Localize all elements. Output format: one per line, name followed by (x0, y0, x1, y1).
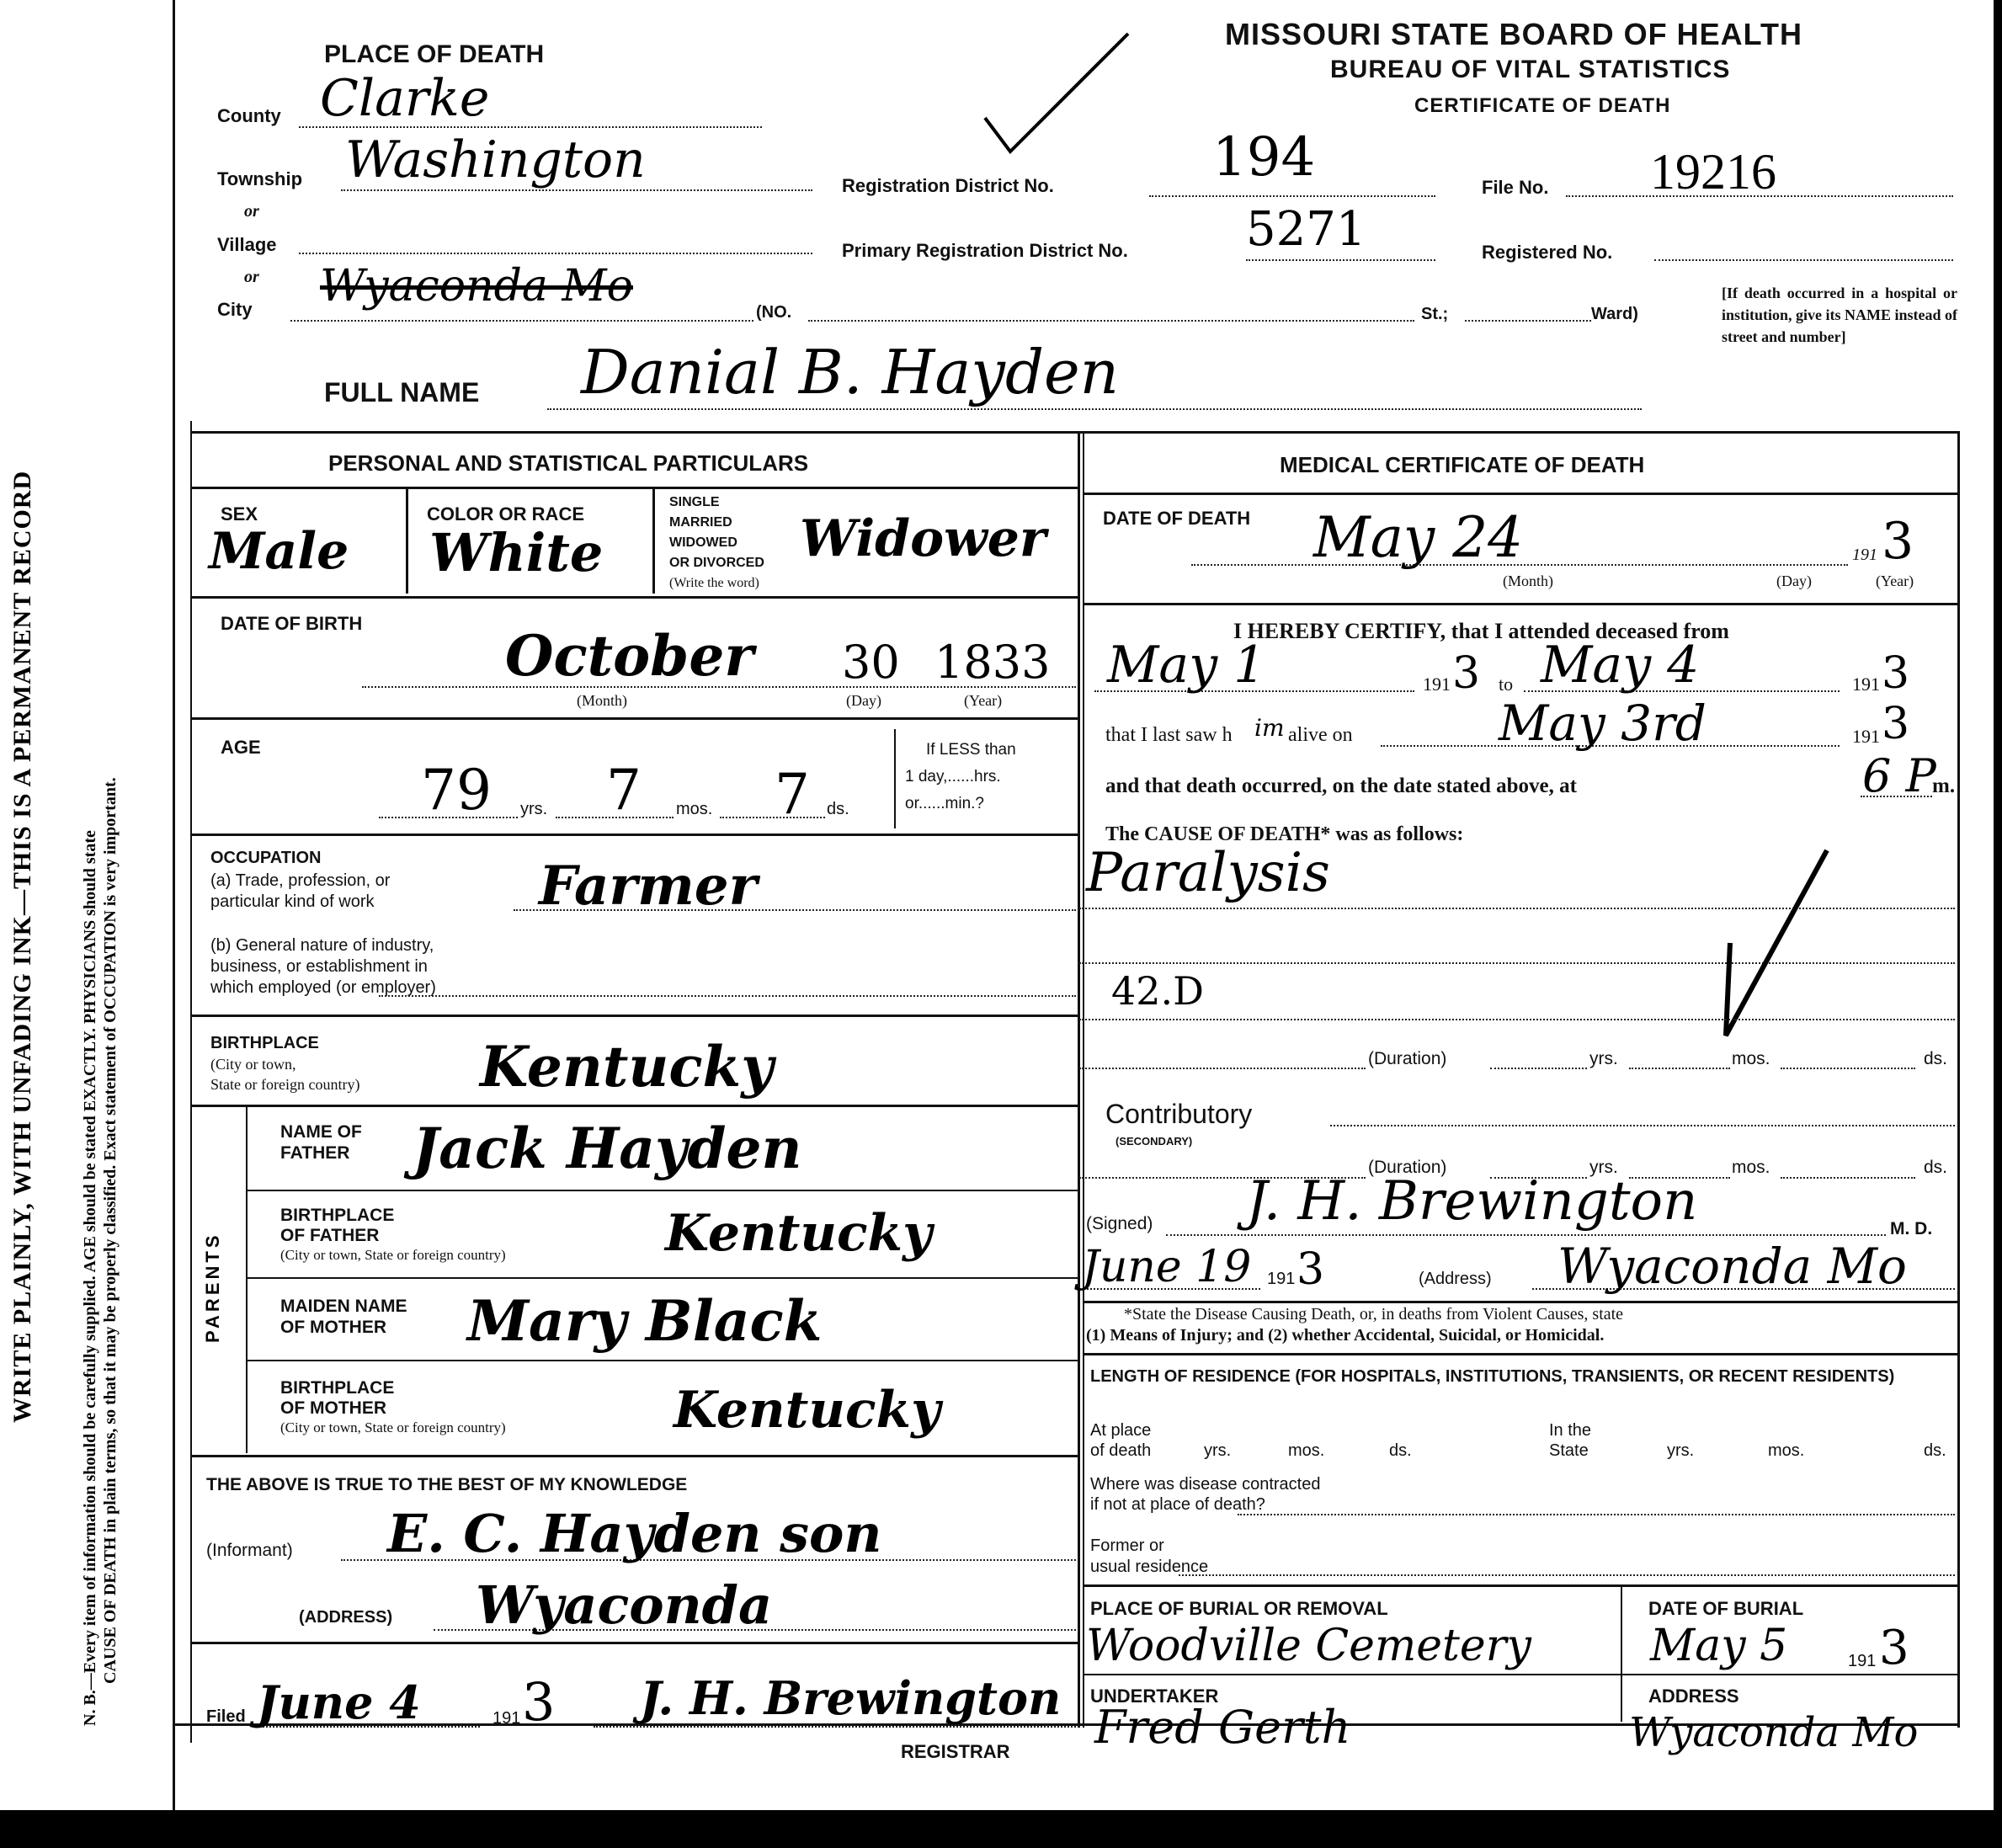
age-mos-unit: mos. (676, 800, 712, 819)
check-mark-icon (977, 25, 1145, 160)
village-label: Village (217, 234, 277, 256)
burial-rule (1084, 1674, 1957, 1675)
dod-day-caption: (Day) (1776, 573, 1812, 590)
m-suffix: m. (1932, 775, 1955, 798)
race-divider (652, 488, 655, 594)
row-rule-10 (190, 1642, 1078, 1644)
duration-1-yrs-line (1490, 1068, 1587, 1069)
dod-year-field[interactable]: 3 (1882, 512, 1914, 571)
filed-year-prefix: 191 (493, 1709, 520, 1728)
occupation-b-line (379, 995, 1076, 997)
footnote-line2: (1) Means of Injury; and (2) whether Acc… (1086, 1326, 1604, 1345)
attended-from-year-prefix: 191 (1423, 674, 1451, 695)
dod-rule (1084, 603, 1957, 605)
burial-year-field[interactable]: 3 (1879, 1621, 1909, 1675)
signed-address-label: (Address) (1419, 1270, 1492, 1289)
former-residence-line (1179, 1574, 1955, 1576)
form-left-border (173, 0, 175, 1810)
permanent-record-notice: WRITE PLAINLY, WITH UNFADING INK—THIS IS… (8, 471, 37, 1423)
registered-no-label: Registered No. (1482, 242, 1612, 264)
birthplace-field[interactable]: Kentucky (480, 1034, 774, 1100)
registrar-label: REGISTRAR (901, 1741, 1010, 1763)
dob-month-field[interactable]: October (505, 623, 753, 689)
duration-1-ds: ds. (1924, 1049, 1947, 1069)
cause-field[interactable]: Paralysis (1086, 842, 1330, 904)
at-place-label-1: At place (1090, 1421, 1151, 1441)
age-less-divider (894, 729, 896, 828)
last-saw-date-field[interactable]: May 3rd (1499, 695, 1706, 752)
nb-instructions-line1: N. B.—Every item of information should b… (81, 830, 100, 1726)
center-divider (1078, 431, 1080, 1728)
birthplace-label-3: State or foreign country) (210, 1076, 359, 1094)
medical-heading-rule (1084, 493, 1957, 495)
marital-married-label: MARRIED (669, 515, 732, 530)
cause-line-3 (1079, 1019, 1955, 1020)
less-than-line3: or......min.? (905, 795, 984, 813)
primary-district-field[interactable]: 5271 (1246, 202, 1366, 257)
filed-year-field[interactable]: 3 (522, 1671, 555, 1733)
duration-2-mos: mos. (1732, 1158, 1770, 1178)
in-state-mos: mos. (1768, 1441, 1804, 1461)
attended-from-field[interactable]: May 1 (1107, 636, 1265, 695)
signed-date-field[interactable]: June 19 (1082, 1242, 1251, 1292)
form-left-border-inner (190, 421, 192, 1743)
sex-field[interactable]: Male (209, 522, 349, 581)
street-line (808, 320, 1414, 322)
age-years-field[interactable]: 79 (421, 758, 492, 823)
city-label: City (217, 299, 253, 321)
burial-date-field[interactable]: May 5 (1650, 1621, 1787, 1671)
dod-field[interactable]: May 24 (1313, 505, 1523, 570)
dod-year-caption: (Year) (1876, 573, 1914, 590)
row-rule-3 (190, 833, 1078, 836)
informant-address-label: (ADDRESS) (299, 1608, 392, 1627)
footnote-line1: *State the Disease Causing Death, or, in… (1124, 1305, 1623, 1324)
occupation-a-field[interactable]: Farmer (539, 855, 757, 918)
filed-date-field[interactable]: June 4 (257, 1675, 421, 1729)
or-label-1: or (244, 202, 259, 221)
burial-divider (1621, 1587, 1622, 1722)
personal-heading-rule (190, 487, 1078, 489)
scan-border-right (1994, 0, 2002, 1848)
occupation-a-label-2: particular kind of work (210, 892, 375, 912)
occupation-b-label-1: (b) General nature of industry, (210, 936, 434, 956)
in-state-label-1: In the (1549, 1421, 1591, 1441)
father-birthplace-label-1: BIRTHPLACE (280, 1206, 394, 1226)
row-rule-7 (248, 1277, 1078, 1279)
file-no-field[interactable]: 19216 (1650, 143, 1776, 201)
footnote-rule (1084, 1353, 1957, 1355)
scan-border-bottom (0, 1810, 2002, 1848)
cause-code-field[interactable]: 42.D (1111, 968, 1204, 1014)
at-place-yrs: yrs. (1204, 1441, 1231, 1461)
undertaker-field[interactable]: Fred Gerth (1094, 1701, 1350, 1754)
sex-divider (406, 488, 408, 594)
age-ds-unit: ds. (827, 800, 849, 819)
registration-district-field[interactable]: 194 (1212, 126, 1315, 189)
race-field[interactable]: White (429, 522, 603, 583)
in-state-ds: ds. (1924, 1441, 1946, 1461)
dob-month-caption: (Month) (577, 692, 627, 710)
dod-label: DATE OF DEATH (1103, 508, 1250, 530)
age-months-field[interactable]: 7 (606, 758, 642, 823)
row-rule-4 (190, 1015, 1078, 1017)
age-days-field[interactable]: 7 (775, 762, 810, 827)
registrar-sign-line (594, 1726, 1076, 1728)
secondary-label: (SECONDARY) (1115, 1135, 1192, 1148)
signed-rule (1084, 1301, 1957, 1303)
mother-birthplace-field[interactable]: Kentucky (674, 1381, 940, 1440)
residence-rule (1084, 1584, 1957, 1587)
birthplace-label-2: (City or town, (210, 1056, 296, 1073)
signed-year[interactable]: 3 (1297, 1244, 1324, 1295)
at-place-label-2: of death (1090, 1441, 1151, 1461)
former-residence-label-1: Former or (1090, 1536, 1164, 1556)
place-of-death-heading: PLACE OF DEATH (324, 40, 544, 69)
father-name-field[interactable]: Jack Hayden (413, 1116, 801, 1181)
primary-district-label: Primary Registration District No. (842, 240, 1128, 262)
bureau-title: BUREAU OF VITAL STATISTICS (1330, 56, 1730, 84)
street-no-label: (NO. (756, 303, 791, 322)
dob-day-caption: (Day) (846, 692, 881, 710)
mother-birthplace-label-1: BIRTHPLACE (280, 1378, 394, 1398)
township-field[interactable]: Washington (345, 130, 646, 189)
or-label-2: or (244, 268, 259, 287)
father-birthplace-label-3: (City or town, State or foreign country) (280, 1247, 506, 1264)
registration-district-line (1149, 195, 1435, 197)
signed-signature[interactable]: J. H. Brewington (1246, 1170, 1697, 1233)
personal-heading: PERSONAL AND STATISTICAL PARTICULARS (328, 450, 808, 477)
duration-1-yrs: yrs. (1589, 1049, 1618, 1069)
md-label: M. D. (1890, 1219, 1932, 1239)
informant-label: (Informant) (206, 1541, 293, 1561)
alive-on-label: alive on (1288, 724, 1353, 747)
contracted-label-2: if not at place of death? (1090, 1495, 1265, 1515)
undertaker-address-field[interactable]: Wyaconda Mo (1629, 1709, 1918, 1756)
in-state-label-2: State (1549, 1441, 1589, 1461)
duration-1-label: (Duration) (1368, 1049, 1446, 1069)
cause-check-mark-icon (1717, 842, 1835, 1044)
county-field[interactable]: Clarke (320, 69, 489, 128)
certificate-title: CERTIFICATE OF DEATH (1414, 94, 1670, 118)
dod-year-prefix: 191 (1852, 546, 1877, 565)
age-yrs-unit: yrs. (520, 800, 547, 819)
board-title: MISSOURI STATE BOARD OF HEALTH (1225, 17, 1802, 52)
attended-from-year[interactable]: 3 (1452, 648, 1480, 699)
in-state-yrs: yrs. (1667, 1441, 1694, 1461)
duration-2-ds-line (1781, 1177, 1915, 1179)
at-place-mos: mos. (1288, 1441, 1324, 1461)
duration-1-ds-line (1781, 1068, 1915, 1069)
signed-year-prefix: 191 (1267, 1270, 1295, 1289)
contributory-label: Contributory (1105, 1099, 1252, 1130)
attended-to-year-prefix: 191 (1852, 674, 1880, 695)
signed-line (1166, 1234, 1886, 1236)
parents-divider (246, 1106, 248, 1453)
parents-side-label: PARENTS (202, 1233, 224, 1344)
burial-year-prefix: 191 (1848, 1652, 1876, 1671)
registrar-signature[interactable]: J. H. Brewington (640, 1671, 1061, 1725)
township-label: Township (217, 168, 302, 190)
burial-place-label: PLACE OF BURIAL OR REMOVAL (1090, 1598, 1388, 1620)
duration-2-ds: ds. (1924, 1158, 1947, 1178)
burial-date-label: DATE OF BURIAL (1648, 1598, 1803, 1620)
filed-label: Filed (206, 1707, 246, 1727)
registered-no-line (1654, 259, 1953, 261)
residence-heading: LENGTH OF RESIDENCE (FOR HOSPITALS, INST… (1090, 1366, 1957, 1387)
dob-year-caption: (Year) (964, 692, 1002, 710)
birthplace-label-1: BIRTHPLACE (210, 1034, 319, 1053)
attended-to-year[interactable]: 3 (1882, 648, 1909, 699)
county-label: County (217, 105, 281, 127)
to-label: to (1499, 674, 1513, 695)
row-rule-9 (190, 1455, 1078, 1457)
file-no-label: File No. (1482, 177, 1548, 199)
last-saw-year-prefix: 191 (1852, 726, 1880, 748)
duration-1-mos-line (1629, 1068, 1730, 1069)
street-st-label: St.; (1421, 305, 1448, 324)
marital-single-label: SINGLE (669, 495, 720, 510)
dod-month-caption: (Month) (1503, 573, 1553, 590)
contributory-line (1330, 1125, 1955, 1126)
informant-field[interactable]: E. C. Hayden son (387, 1503, 881, 1564)
marital-divorced-label: OR DIVORCED (669, 556, 764, 571)
ward-line (1465, 320, 1591, 322)
last-saw-year[interactable]: 3 (1882, 699, 1909, 749)
father-name-label-1: NAME OF (280, 1122, 362, 1142)
signed-address-field[interactable]: Wyaconda Mo (1557, 1238, 1907, 1295)
occupation-heading: OCCUPATION (210, 849, 321, 868)
full-name-line (547, 408, 1642, 410)
full-name-label: FULL NAME (324, 377, 479, 408)
father-birthplace-field[interactable]: Kentucky (665, 1204, 932, 1263)
center-divider-2 (1083, 431, 1084, 1728)
contracted-line (1238, 1514, 1955, 1515)
father-birthplace-label-2: OF FATHER (280, 1226, 379, 1246)
row-rule-6 (248, 1190, 1078, 1191)
burial-place-field[interactable]: Woodville Cemetery (1086, 1621, 1531, 1671)
marital-status-field[interactable]: Widower (800, 509, 1046, 568)
top-rule (190, 431, 1958, 434)
primary-district-line (1246, 259, 1435, 261)
time-field[interactable]: 6 P (1862, 749, 1936, 802)
village-line (299, 253, 812, 254)
last-saw-pronoun[interactable]: im (1254, 714, 1285, 742)
row-rule-2 (190, 717, 1078, 720)
hospital-note: [If death occurred in a hospital or inst… (1722, 282, 1957, 348)
nb-instructions-line2: CAUSE OF DEATH in plain terms, so that i… (101, 777, 120, 1684)
marital-hint: (Write the word) (669, 576, 759, 591)
attended-to-field[interactable]: May 4 (1541, 636, 1699, 695)
dob-year-field[interactable]: 1833 (934, 636, 1050, 689)
city-line (290, 320, 753, 322)
row-rule-5 (190, 1105, 1078, 1107)
registration-district-label: Registration District No. (842, 175, 1054, 197)
true-statement: THE ABOVE IS TRUE TO THE BEST OF MY KNOW… (206, 1475, 687, 1495)
occupation-a-label-1: (a) Trade, profession, or (210, 871, 390, 891)
mother-name-label-1: MAIDEN NAME (280, 1297, 407, 1317)
mother-name-field[interactable]: Mary Black (467, 1288, 822, 1354)
duration-1-lead (1079, 1068, 1366, 1069)
at-place-ds: ds. (1389, 1441, 1412, 1461)
row-rule-1 (190, 596, 1078, 599)
marital-widowed-label: WIDOWED (669, 535, 737, 551)
full-name-field[interactable]: Danial B. Hayden (581, 337, 1119, 407)
mother-birthplace-label-2: OF MOTHER (280, 1398, 386, 1419)
duration-1-mos: mos. (1732, 1049, 1770, 1069)
undertaker-address-label: ADDRESS (1648, 1686, 1739, 1707)
less-than-line1: If LESS than (926, 741, 1016, 759)
township-line (341, 189, 812, 191)
city-field-struck[interactable]: Wyaconda Mo (320, 261, 633, 312)
row-rule-8 (248, 1360, 1078, 1361)
right-border (1957, 431, 1960, 1728)
informant-address-field[interactable]: Wyaconda (476, 1574, 772, 1636)
less-than-line2: 1 day,......hrs. (905, 768, 1001, 786)
mother-name-label-2: OF MOTHER (280, 1318, 386, 1338)
dob-label: DATE OF BIRTH (221, 613, 362, 635)
mother-birthplace-label-3: (City or town, State or foreign country) (280, 1419, 506, 1436)
dob-day-field[interactable]: 30 (842, 636, 900, 689)
medical-heading: MEDICAL CERTIFICATE OF DEATH (1280, 452, 1644, 478)
occupation-b-label-2: business, or establishment in (210, 957, 428, 977)
contracted-label-1: Where was disease contracted (1090, 1475, 1320, 1494)
father-name-label-2: FATHER (280, 1143, 349, 1164)
signed-label: (Signed) (1086, 1214, 1153, 1234)
ward-label: Ward) (1591, 305, 1638, 324)
age-label: AGE (221, 737, 261, 759)
last-saw-prefix: that I last saw h (1105, 724, 1233, 747)
occurred-text: and that death occurred, on the date sta… (1105, 775, 1577, 798)
